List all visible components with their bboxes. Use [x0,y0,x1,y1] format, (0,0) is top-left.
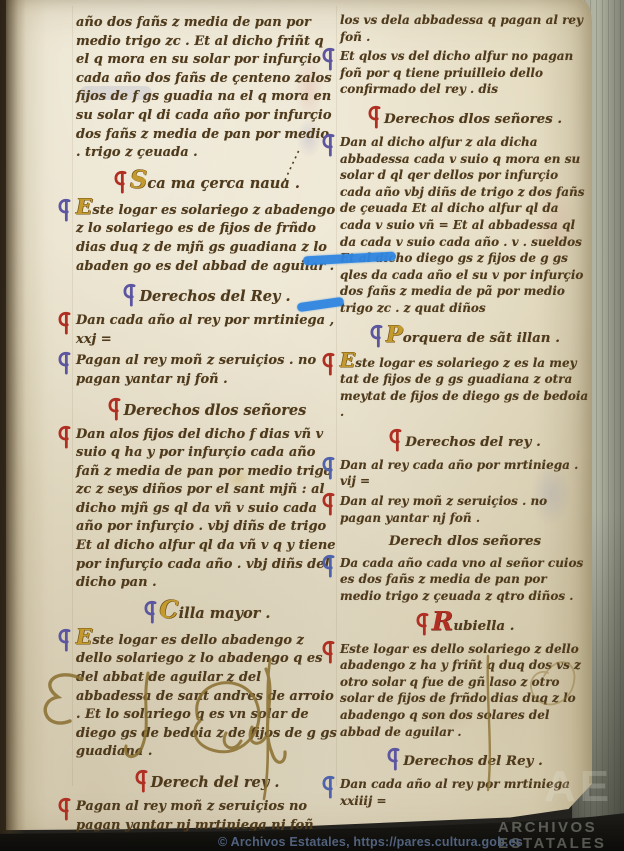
manuscript-heading: Cilla mayor . [76,600,338,624]
manuscript-paragraph: Dan al rey moñ z seruiçios . no pagan ya… [340,493,590,526]
manuscript-text: ste logar es dello abadengo z dello sola… [76,633,337,760]
manuscript-paragraph: Este logar es solariego z es la mey tat … [340,353,590,421]
manuscript-scan: año dos fañs z media de pan por medio tr… [0,0,624,851]
watermark-line: ARCHIVOS [498,820,606,836]
capitulum-mark-icon [58,425,71,449]
capitulum-mark-icon [114,170,127,194]
manuscript-text: Dan al rey moñ z seruiçios . no pagan ya… [340,494,547,525]
illuminated-initial: R [432,606,454,637]
manuscript-heading: Derech del rey . [76,769,338,793]
capitulum-mark-icon [322,492,335,516]
capitulum-mark-icon [368,105,381,129]
manuscript-text: Da cada año cada vno al señor cuios es d… [340,556,583,603]
manuscript-text: Dan alos fijos del dicho f dias vñ v sui… [76,427,336,591]
capitulum-mark-icon [58,797,71,821]
column-ruling-line [72,6,73,786]
manuscript-text: año dos fañs z media de pan por medio tr… [76,15,332,160]
manuscript-heading: Derechos del rey . [340,428,590,452]
illuminated-initial: S [130,165,147,194]
capitulum-mark-icon [123,283,136,307]
capitulum-mark-icon [322,554,335,578]
manuscript-heading: Sca ma çerca naua . [76,170,338,194]
capitulum-mark-icon [58,311,71,335]
manuscript-paragraph: Da cada año cada vno al señor cuios es d… [340,555,590,605]
heading-text: ca ma çerca naua . [147,175,300,192]
manuscript-heading: Porquera de sãt illan . [340,324,590,348]
manuscript-paragraph: Dan al dicho alfur z ala dicha abbadessa… [340,134,590,317]
capitulum-mark-icon [144,600,157,624]
capitulum-mark-icon [322,775,335,799]
capitulum-mark-icon [58,351,71,375]
manuscript-text: Dan cada año al rey por mrtiniega , xxj … [76,313,334,347]
heading-text: Derechos del rey . [405,434,541,450]
illuminated-initial: E [76,625,92,650]
heading-text: illa mayor . [179,605,271,622]
capitulum-mark-icon [416,612,429,636]
heading-text: Derech dlos señores [389,533,541,549]
copyright-watermark: © Archivos Estatales, https://pares.cult… [218,835,523,849]
heading-text: ubiella . [453,618,514,634]
manuscript-paragraph: Dan alos fijos del dicho f dias vñ v sui… [76,426,338,593]
capitulum-mark-icon [322,352,335,376]
illuminated-initial: E [76,195,92,220]
heading-text: Derechos dlos señores [124,402,307,419]
capitulum-mark-icon [58,628,71,652]
manuscript-text: ste logar es solariego z abadengo z lo s… [76,203,335,274]
capitulum-mark-icon [387,747,400,771]
manuscript-text: Dan al dicho alfur z ala dicha abbadessa… [340,135,585,315]
capitulum-mark-icon [58,198,71,222]
capitulum-mark-icon [322,456,335,480]
manuscript-paragraph: Et qlos vs del dicho alfur no pagan foñ … [340,48,590,98]
text-column-left: año dos fañs z media de pan por medio tr… [76,14,338,851]
illuminated-initial: E [340,348,355,372]
manuscript-paragraph: Dan cada año al rey por mrtiniega , xxj … [76,312,338,349]
manuscript-heading: Derechos dlos señores . [340,105,590,129]
manuscript-text: Este logar es dello solariego z dello ab… [340,642,581,739]
manuscript-text: los vs dela abbadessa q pagan al rey foñ… [340,13,583,44]
manuscript-paragraph: Este logar es solariego z abadengo z lo … [76,199,338,276]
heading-text: orquera de sãt illan . [403,330,560,346]
capitulum-mark-icon [370,324,383,348]
manuscript-paragraph: los vs dela abbadessa q pagan al rey foñ… [340,12,590,45]
heading-text: Derechos del Rey . [403,753,543,769]
capitulum-mark-icon [322,640,335,664]
heading-text: Derechos del Rey . [139,288,290,305]
manuscript-heading: Derech dlos señores [340,533,590,550]
archive-logo-watermark: AE [544,762,613,812]
manuscript-text: Et qlos vs del dicho alfur no pagan foñ … [340,49,573,96]
heading-text: Derechos dlos señores . [384,111,562,127]
manuscript-paragraph: Este logar es dello abadengo z dello sol… [76,629,338,762]
capitulum-mark-icon [322,133,335,157]
manuscript-paragraph: Pagan al rey moñ z seruiçios . no pagan … [76,352,338,389]
manuscript-text: Pagan al rey moñ z seruiçios . no pagan … [76,353,316,387]
capitulum-mark-icon [389,428,402,452]
heading-text: Derech del rey . [151,774,280,791]
manuscript-paragraph: año dos fañs z media de pan por medio tr… [76,14,338,163]
illuminated-initial: P [386,322,403,348]
illuminated-initial: C [160,595,179,624]
manuscript-text: Dan cada año al rey por mrtiniega xxiiij… [340,777,570,808]
manuscript-heading: Derechos dlos señores [76,397,338,421]
capitulum-mark-icon [322,47,335,71]
manuscript-heading: Rubiella . [340,612,590,636]
book-gutter-shadow [0,0,26,851]
manuscript-text: ste logar es solariego z es la mey tat d… [340,356,588,420]
text-column-right: los vs dela abbadessa q pagan al rey foñ… [340,12,590,812]
manuscript-paragraph: Dan al rey cada año por mrtiniega . vij … [340,457,590,490]
capitulum-mark-icon [108,397,121,421]
capitulum-mark-icon [135,769,148,793]
manuscript-text: Dan al rey cada año por mrtiniega . vij … [340,458,578,489]
manuscript-paragraph: Este logar es dello solariego z dello ab… [340,641,590,741]
